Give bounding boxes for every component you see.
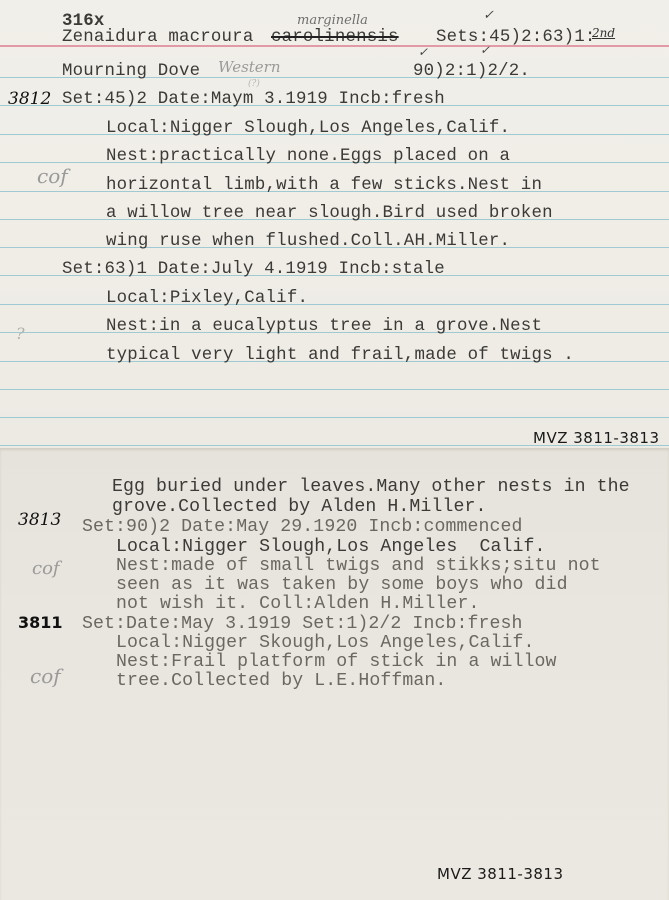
record-line: typical very light and frail,made of twi… [106,347,574,364]
subspecies-struck: carolinensis [271,29,399,46]
question-mark: ? [16,326,25,342]
common-name: Mourning Dove [62,63,200,80]
record-line: Nest:practically none.Eggs placed on a [106,148,510,165]
record-line: seen as it was taken by some boys who di… [116,576,568,594]
copy-mark: cof [32,560,60,578]
continuation-line: grove.Collected by Alden H.Miller. [112,498,487,516]
copy-mark: cof [30,666,61,686]
record-line: Local:Nigger Slough,Los Angeles Calif. [116,538,546,556]
record-line: Nest:in a eucalyptus tree in a grove.Nes… [106,318,542,335]
record-line: Nest:made of small twigs and stikks;situ… [116,557,601,575]
mvz-label: MVZ 3811-3813 [437,867,564,882]
common-name-query: (?) [248,80,260,89]
sets-summary-line2: 90)2:1)2/2. [413,63,530,80]
blue-rule [0,304,669,305]
margin-number: 3811 [18,615,63,631]
blue-rule [0,389,669,390]
record-line: Nest:Frail platform of stick in a willow [116,653,557,671]
subspecies-handwritten: marginella [297,14,368,27]
check-mark-icon: ✓ [483,9,494,22]
mvz-label: MVZ 3811-3813 [533,431,660,446]
blue-rule [0,417,669,418]
record-line: Local:Nigger Slough,Los Angeles,Calif. [106,120,510,137]
record-line: wing ruse when flushed.Coll.AH.Miller. [106,233,510,250]
record-line: not wish it. Coll:Alden H.Miller. [116,595,479,613]
record-line: Local:Nigger Skough,Los Angeles,Calif. [116,634,535,652]
sets-summary-handwritten: 2nd [592,27,615,39]
record-header: Set:Date:May 3.1919 Set:1)2/2 Incb:fresh [82,615,523,633]
record-line: horizontal limb,with a few sticks.Nest i… [106,177,542,194]
record-line: a willow tree near slough.Bird used brok… [106,205,553,222]
continuation-line: Egg buried under leaves.Many other nests… [112,478,630,496]
record-line: tree.Collected by L.E.Hoffman. [116,672,446,690]
copy-mark: cof [37,166,68,186]
sets-summary-line1: Sets:45)2:63)1: [436,29,596,46]
common-name-handwritten: Western [218,60,281,75]
specimen-card-bottom: Egg buried under leaves.Many other nests… [0,448,669,900]
record-header: Set:63)1 Date:July 4.1919 Incb:stale [62,261,445,278]
margin-number: 3813 [18,512,61,529]
specimen-card-top: 316x Zenaidura macroura carolinensis mar… [0,0,669,448]
record-header: Set:90)2 Date:May 29.1920 Incb:commenced [82,518,523,536]
record-header: Set:45)2 Date:Maym 3.1919 Incb:fresh [62,91,445,108]
species-name: Zenaidura macroura [62,29,253,46]
record-line: Local:Pixley,Calif. [106,290,308,307]
margin-number: 3812 [8,91,51,108]
check-mark-icon: ✓ [480,44,490,56]
check-mark-icon: ✓ [418,46,428,58]
